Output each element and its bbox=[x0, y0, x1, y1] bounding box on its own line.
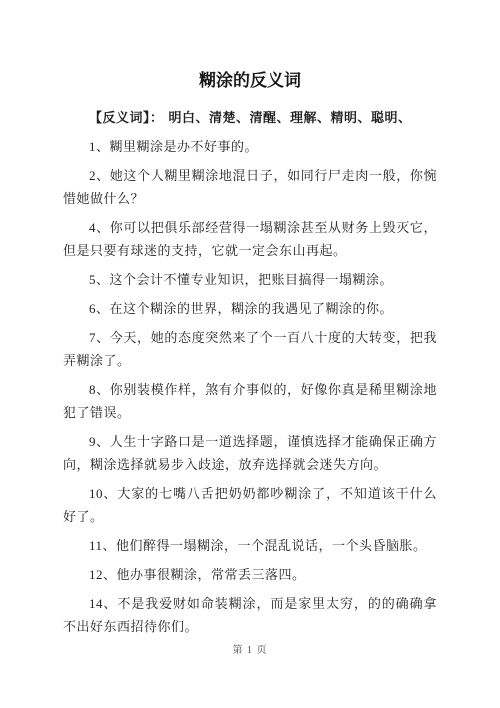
article-body: 【反义词】：明白、清楚、清醒、理解、精明、聪明、 1、糊里糊涂是办不好事的。 2… bbox=[63, 106, 437, 638]
sentence-item: 11、他们醉得一塌糊涂，一个混乱说话，一个头昏脑胀。 bbox=[63, 534, 437, 557]
page-title: 糊涂的反义词 bbox=[0, 0, 500, 89]
antonym-words: 明白、清楚、清醒、理解、精明、聪明、 bbox=[169, 110, 412, 125]
antonym-label: 【反义词】 bbox=[89, 110, 150, 125]
sentence-item: 8、你别装模作样，煞有介事似的，好像你真是稀里糊涂地犯了错误。 bbox=[63, 378, 437, 424]
sentence-item: 1、糊里糊涂是办不好事的。 bbox=[63, 135, 437, 158]
sentence-item: 14、不是我爱财如命装糊涂，而是家里太穷，的的确确拿不出好东西招待你们。 bbox=[63, 592, 437, 638]
sentence-item: 10、大家的七嘴八舌把奶奶都吵糊涂了，不知道该干什么好了。 bbox=[63, 482, 437, 528]
page-number: 第 1 页 bbox=[0, 645, 500, 657]
sentence-item: 2、她这个人糊里糊涂地混日子，如同行尸走肉一般，你惋惜她做什么？ bbox=[63, 164, 437, 210]
sentence-item: 6、在这个糊涂的世界，糊涂的我遇见了糊涂的你。 bbox=[63, 297, 437, 320]
sentence-item: 9、人生十字路口是一道选择题，谨慎选择才能确保正确方向，糊涂选择就易步入歧途，放… bbox=[63, 430, 437, 476]
antonym-colon: ： bbox=[150, 110, 169, 125]
sentence-item: 4、你可以把俱乐部经营得一塌糊涂甚至从财务上毁灭它，但是只要有球迷的支持，它就一… bbox=[63, 216, 437, 262]
document-page: 糊涂的反义词 【反义词】：明白、清楚、清醒、理解、精明、聪明、 1、糊里糊涂是办… bbox=[0, 0, 500, 708]
sentence-item: 5、这个会计不懂专业知识，把账目搞得一塌糊涂。 bbox=[63, 268, 437, 291]
antonym-intro-line: 【反义词】：明白、清楚、清醒、理解、精明、聪明、 bbox=[63, 106, 437, 129]
sentence-item: 12、他办事很糊涂，常常丢三落四。 bbox=[63, 563, 437, 586]
sentence-item: 7、今天，她的态度突然来了个一百八十度的大转变，把我弄糊涂了。 bbox=[63, 326, 437, 372]
